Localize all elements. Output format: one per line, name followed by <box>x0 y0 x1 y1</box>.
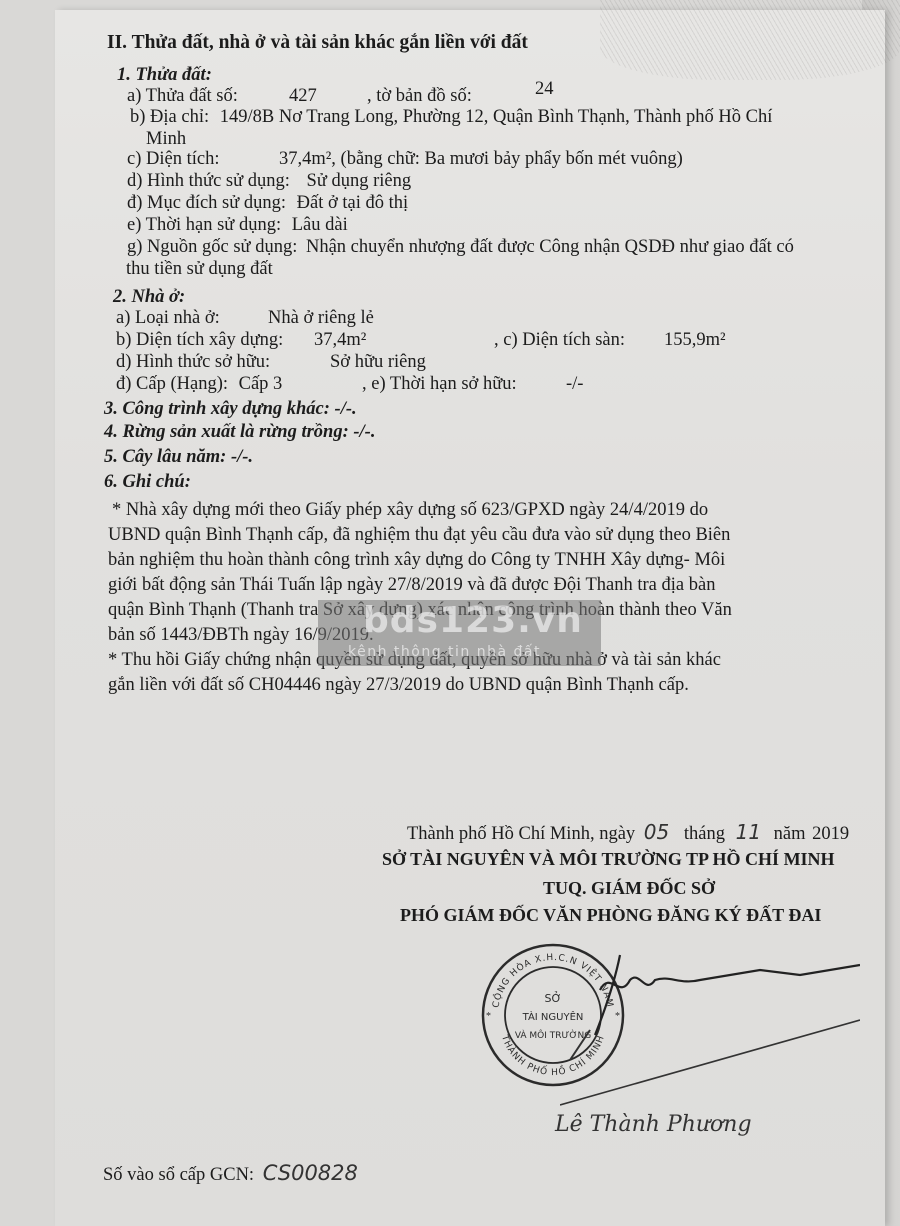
registry-label: Số vào sổ cấp GCN: <box>103 1165 254 1185</box>
parcel-row: a) Thửa đất số: 427 , tờ bản đồ số: 24 <box>127 87 238 106</box>
year-label: năm <box>774 824 806 844</box>
grade-row: đ) Cấp (Hạng): Cấp 3 , e) Thời hạn sở hữ… <box>116 375 282 394</box>
area-value: 37,4m², (bằng chữ: Ba mươi bảy phẩy bốn … <box>279 150 683 169</box>
ownership-form-value: Sở hữu riêng <box>330 353 426 372</box>
issuing-authority: SỞ TÀI NGUYÊN VÀ MÔI TRƯỜNG TP HỒ CHÍ MI… <box>382 850 835 868</box>
purpose-label: đ) Mục đích sử dụng: <box>127 193 286 213</box>
land-heading: 1. Thửa đất: <box>117 66 212 85</box>
house-type-value: Nhà ở riêng lẻ <box>268 309 374 328</box>
watermark-tagline: kênh thông tin nhà đất <box>348 644 541 660</box>
note-line: giới bất động sản Thái Tuấn lập ngày 27/… <box>108 576 715 595</box>
watermark-logo-text: bds123.vn <box>363 600 583 641</box>
registry-number: CS00828 <box>263 1161 358 1185</box>
usage-form-row: d) Hình thức sử dụng: Sử dụng riêng <box>127 172 411 191</box>
build-area-value: 37,4m² <box>314 331 366 350</box>
term-value: Lâu dài <box>292 215 348 235</box>
registry-row: Số vào sổ cấp GCN: CS00828 <box>103 1163 358 1185</box>
signer-name: Lê Thành Phương <box>555 1112 752 1137</box>
house-type-label: a) Loại nhà ở: <box>116 308 220 328</box>
perennial-trees: 5. Cây lâu năm: -/-. <box>104 448 253 467</box>
svg-text:*: * <box>486 1011 491 1022</box>
address-value: 149/8B Nơ Trang Long, Phường 12, Quận Bì… <box>220 107 773 127</box>
house-heading: 2. Nhà ở: <box>113 288 185 307</box>
map-sheet-number: 24 <box>535 80 554 99</box>
origin-value-continued: thu tiền sử dụng đất <box>126 260 273 279</box>
date-day: 05 <box>644 820 669 844</box>
date-year: 2019 <box>812 824 849 844</box>
parcel-label: a) Thửa đất số: <box>127 86 238 106</box>
purpose-row: đ) Mục đích sử dụng: Đất ở tại đô thị <box>127 194 408 213</box>
place-date: Thành phố Hồ Chí Minh, ngày 05 tháng 11 … <box>407 822 849 844</box>
ownership-term-value: -/- <box>566 375 583 394</box>
area-label: c) Diện tích: <box>127 149 219 169</box>
purpose-value: Đất ở tại đô thị <box>297 193 409 213</box>
address-label: b) Địa chỉ: <box>130 107 209 127</box>
guilloche-border-pattern <box>600 0 900 80</box>
note-line: UBND quận Bình Thạnh cấp, đã nghiệm thu … <box>108 526 730 545</box>
ownership-form-row: d) Hình thức sở hữu: Sở hữu riêng <box>116 353 270 372</box>
ownership-term-label: , e) Thời hạn sở hữu: <box>362 375 517 394</box>
term-row: e) Thời hạn sử dụng: Lâu dài <box>127 216 348 235</box>
grade-label: đ) Cấp (Hạng): <box>116 374 228 394</box>
house-type-row: a) Loại nhà ở: Nhà ở riêng lẻ <box>116 309 220 328</box>
note-line: bản nghiệm thu hoàn thành công trình xây… <box>108 551 725 570</box>
place-date-prefix: Thành phố Hồ Chí Minh, ngày <box>407 824 635 844</box>
address-value-continued: Minh <box>146 130 186 149</box>
ownership-form-label: d) Hình thức sở hữu: <box>116 352 270 372</box>
note-line: * Nhà xây dựng mới theo Giấy phép xây dự… <box>112 501 708 520</box>
date-month: 11 <box>736 820 761 844</box>
term-label: e) Thời hạn sử dụng: <box>127 215 281 235</box>
month-label: tháng <box>684 824 725 844</box>
watermark: bds123.vn kênh thông tin nhà đất <box>318 600 601 666</box>
map-sheet-label: , tờ bản đồ số: <box>367 87 472 106</box>
note-line: gắn liền với đất số CH04446 ngày 27/3/20… <box>108 676 689 695</box>
section-title: II. Thửa đất, nhà ở và tài sản khác gắn … <box>107 33 528 53</box>
origin-label: g) Nguồn gốc sử dụng: <box>127 237 297 257</box>
production-forest: 4. Rừng sản xuất là rừng trồng: -/-. <box>104 423 375 442</box>
floor-area-value: 155,9m² <box>664 331 726 350</box>
notes-heading: 6. Ghi chú: <box>104 473 191 492</box>
address-row: b) Địa chỉ: 149/8B Nơ Trang Long, Phường… <box>130 108 772 127</box>
floor-area-label: , c) Diện tích sàn: <box>494 331 625 350</box>
usage-form-label: d) Hình thức sử dụng: <box>127 171 290 191</box>
origin-value: Nhận chuyển nhượng đất được Công nhận QS… <box>306 237 794 257</box>
signatory-authorization: TUQ. GIÁM ĐỐC SỞ <box>543 879 715 897</box>
build-area-label: b) Diện tích xây dựng: <box>116 330 283 350</box>
grade-value: Cấp 3 <box>239 374 283 394</box>
build-area-row: b) Diện tích xây dựng: 37,4m² , c) Diện … <box>116 331 283 350</box>
signature-scribble-icon <box>560 940 860 1130</box>
svg-text:SỞ: SỞ <box>544 991 561 1005</box>
origin-row: g) Nguồn gốc sử dụng: Nhận chuyển nhượng… <box>127 238 794 257</box>
signatory-title: PHÓ GIÁM ĐỐC VĂN PHÒNG ĐĂNG KÝ ĐẤT ĐAI <box>400 906 821 924</box>
other-construction: 3. Công trình xây dựng khác: -/-. <box>104 400 357 419</box>
parcel-number: 427 <box>289 87 317 106</box>
usage-form-value: Sử dụng riêng <box>307 171 412 191</box>
area-row: c) Diện tích: 37,4m², (bằng chữ: Ba mươi… <box>127 150 219 169</box>
